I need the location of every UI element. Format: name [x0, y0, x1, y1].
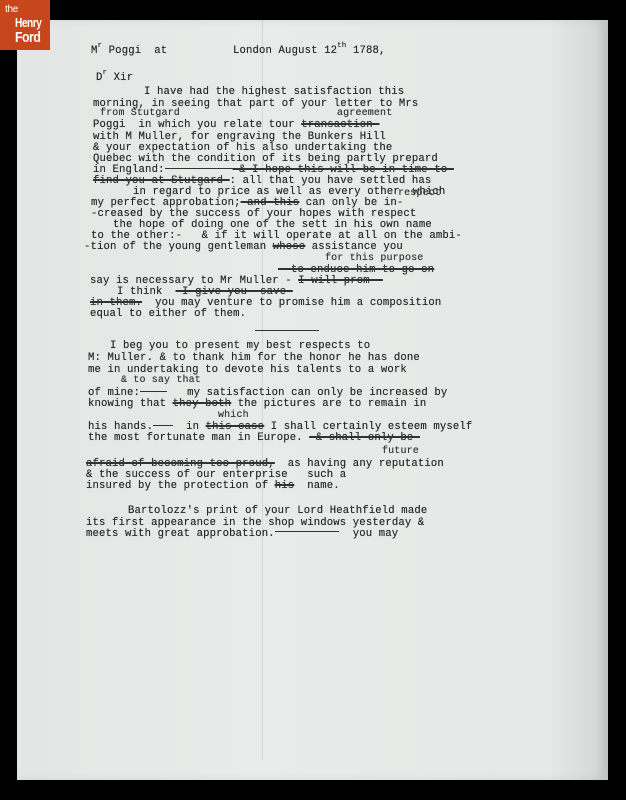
underline-rule: [255, 330, 319, 331]
inserted-text: respect: [398, 188, 441, 200]
text-line: Poggi in which you relate tour transacti…: [93, 119, 379, 131]
text-line: -tion of the young gentleman whose assis…: [84, 241, 403, 253]
inserted-text: & to say that: [121, 375, 201, 387]
struck-text: whose: [273, 241, 306, 253]
struck-text: I-will-prom--: [298, 275, 383, 287]
logo-the: the: [5, 4, 18, 15]
addressee: Mr Poggi at: [91, 45, 167, 57]
text-line: the most fortunate man in Europe. -&-sha…: [88, 432, 420, 444]
text-line: meets with great approbation.you may: [86, 528, 398, 540]
text-line: equal to either of them.: [90, 308, 246, 320]
text-line: knowing that they-both the pictures are …: [88, 398, 426, 410]
struck-text: his: [275, 480, 295, 492]
struck-text: -&-shall-only-be-: [309, 432, 420, 444]
logo-ford: Ford: [15, 29, 40, 46]
text-line: insured by the protection of his name.: [86, 480, 340, 492]
text-line: M: Muller. & to thank him for the honor …: [88, 352, 420, 364]
salutation: Dr Xir: [96, 72, 133, 84]
text-line: Bartolozz's print of your Lord Heathfiel…: [128, 505, 427, 517]
text-line: I beg you to present my best respects to: [110, 340, 370, 352]
struck-text: transaction-: [301, 119, 379, 131]
logo-henry: Henry: [15, 15, 41, 30]
struck-text: they-both: [173, 398, 232, 410]
place-date: London August 12th 1788,: [233, 45, 385, 57]
inserted-text: future: [382, 446, 419, 458]
text-line: I have had the highest satisfaction this: [144, 86, 404, 98]
henry-ford-logo: the Henry Ford: [0, 0, 50, 50]
